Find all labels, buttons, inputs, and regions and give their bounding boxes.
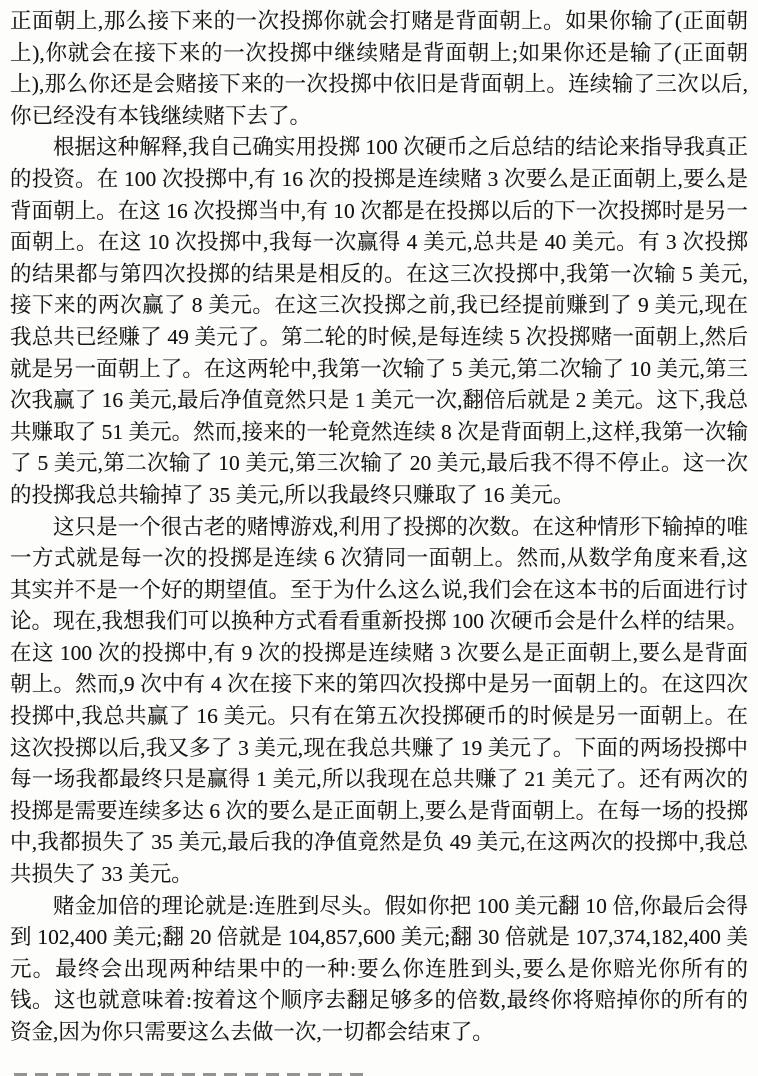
book-page: 正面朝上,那么接下来的一次投掷你就会打赌是背面朝上。如果你输了(正面朝上),你就… bbox=[0, 0, 758, 1076]
body-paragraph-4: 赌金加倍的理论就是:连胜到尽头。假如你把 100 美元翻 10 倍,你最后会得到… bbox=[10, 891, 748, 1049]
body-paragraph-3: 这只是一个很古老的赌博游戏,利用了投掷的次数。在这种情形下输掉的唯一方式就是每一… bbox=[10, 512, 748, 891]
body-paragraph-1: 正面朝上,那么接下来的一次投掷你就会打赌是背面朝上。如果你输了(正面朝上),你就… bbox=[10, 6, 748, 132]
body-paragraph-2: 根据这种解释,我自己确实用投掷 100 次硬币之后总结的结论来指导我真正的投资。… bbox=[10, 132, 748, 511]
